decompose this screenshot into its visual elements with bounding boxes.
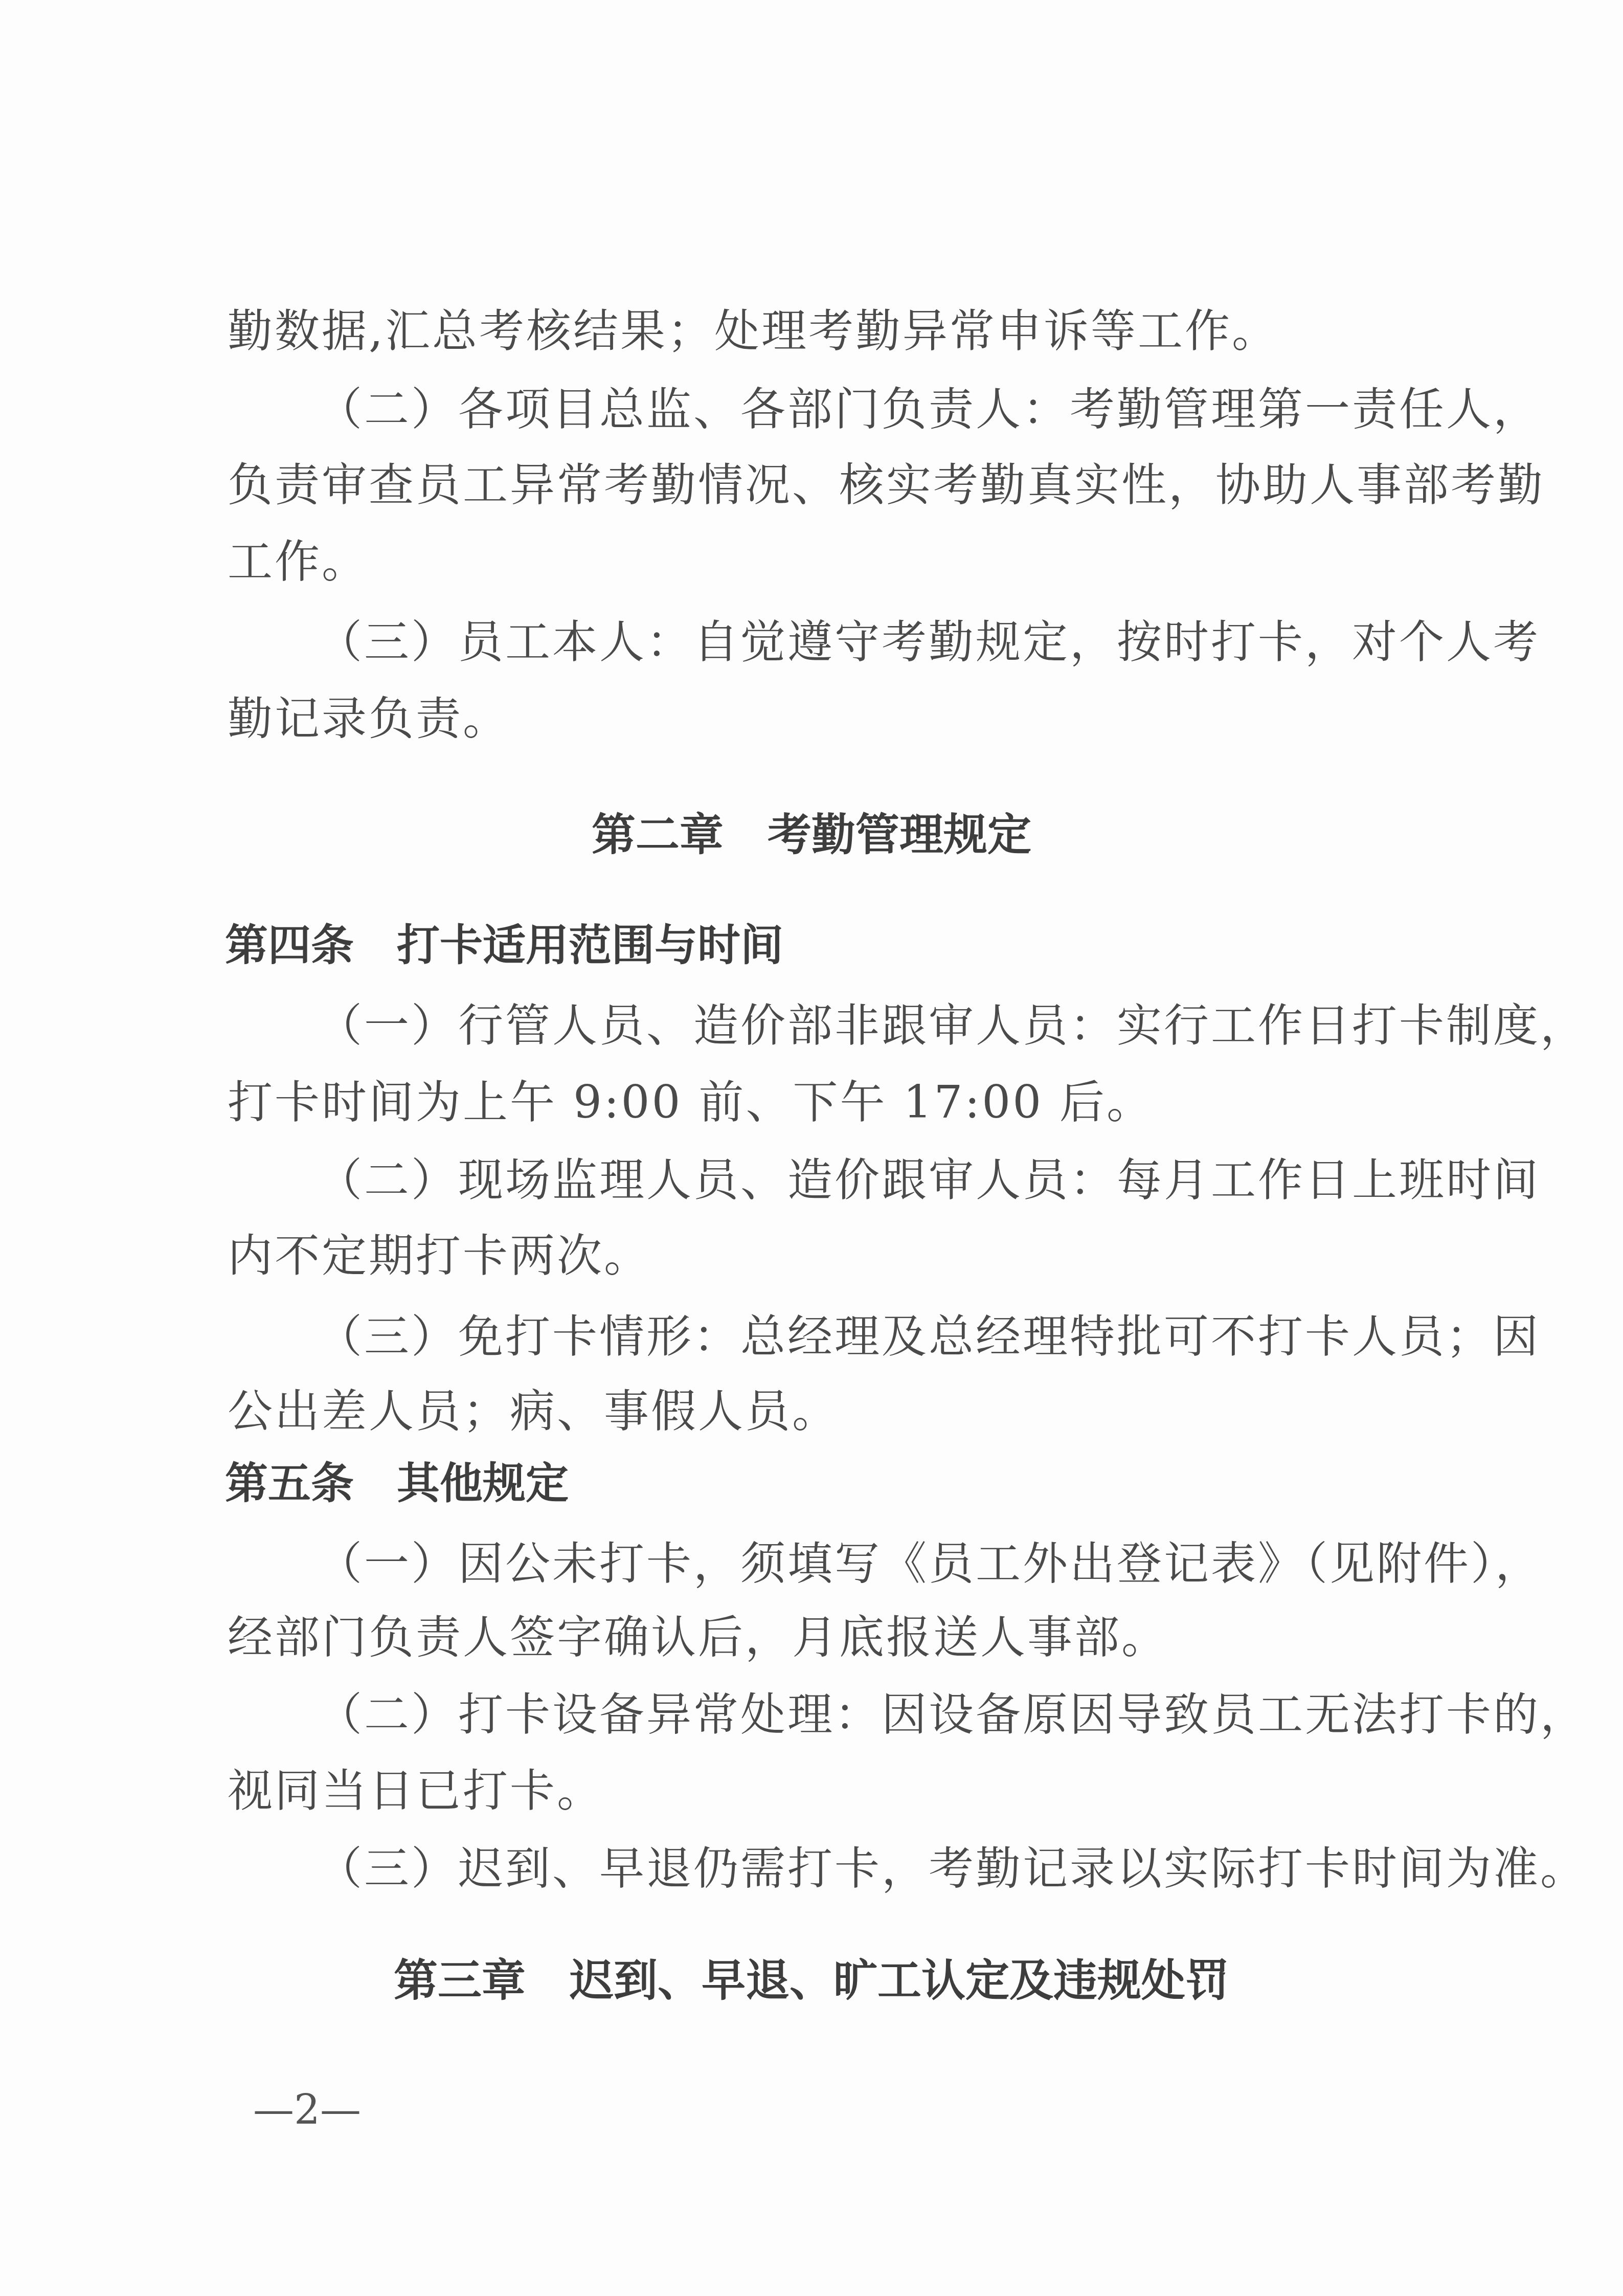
- paragraph-line: （一）因公未打卡，须填写《员工外出登记表》（见附件），: [317, 1535, 1424, 1592]
- paragraph-line: （一）行管人员、造价部非跟审人员：实行工作日打卡制度，: [317, 997, 1424, 1054]
- paragraph-line: （二）各项目总监、各部门负责人：考勤管理第一责任人，: [317, 381, 1424, 437]
- article-heading: 第四条 打卡适用范围与时间: [225, 917, 783, 973]
- paragraph-line: 经部门负责人签字确认后，月底报送人事部。: [228, 1609, 1424, 1665]
- chapter-heading: 第二章 考勤管理规定: [0, 807, 1623, 863]
- paragraph-line: 打卡时间为上午 9:00 前、下午 17:00 后。: [228, 1074, 1424, 1130]
- paragraph-line: 勤记录负责。: [228, 690, 1424, 747]
- paragraph-line: 公出差人员；病、事假人员。: [228, 1383, 1424, 1439]
- paragraph-line: （三）迟到、早退仍需打卡，考勤记录以实际打卡时间为准。: [317, 1840, 1424, 1897]
- paragraph-line: （二）现场监理人员、造价跟审人员：每月工作日上班时间: [317, 1152, 1424, 1208]
- paragraph-line: （二）打卡设备异常处理：因设备原因导致员工无法打卡的，: [317, 1686, 1424, 1743]
- document-page: 勤数据,汇总考核结果；处理考勤异常申诉等工作。 （二）各项目总监、各部门负责人：…: [0, 0, 1623, 2296]
- paragraph-line: （三）员工本人：自觉遵守考勤规定，按时打卡，对个人考: [317, 614, 1424, 670]
- paragraph-line: （三）免打卡情形：总经理及总经理特批可不打卡人员；因: [317, 1308, 1424, 1365]
- paragraph-line: 视同当日已打卡。: [228, 1763, 1424, 1819]
- paragraph-line: 负责审查员工异常考勤情况、核实考勤真实性，协助人事部考勤: [228, 457, 1424, 513]
- page-number: —2—: [253, 2084, 361, 2135]
- article-heading: 第五条 其他规定: [225, 1455, 569, 1511]
- paragraph-line: 勤数据,汇总考核结果；处理考勤异常申诉等工作。: [228, 303, 1424, 359]
- paragraph-line: 工作。: [228, 533, 1424, 590]
- paragraph-line: 内不定期打卡两次。: [228, 1228, 1424, 1284]
- chapter-heading: 第三章 迟到、早退、旷工认定及违规处罚: [0, 1953, 1623, 2009]
